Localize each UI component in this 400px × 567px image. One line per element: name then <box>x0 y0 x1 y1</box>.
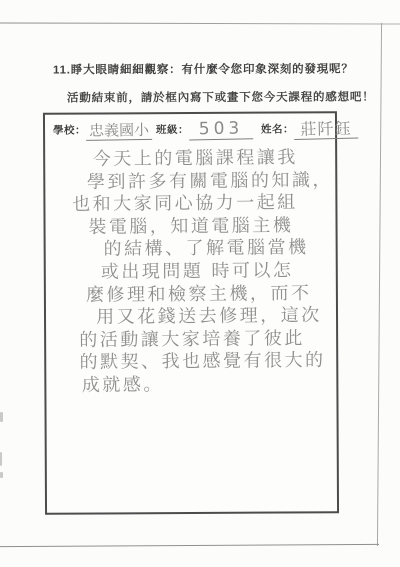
paper-bottom-edge <box>0 544 379 547</box>
essay-line: 的活動讓大家培養了彼此 <box>79 327 336 352</box>
essay-line: 也和大家同心協力一起組 <box>72 192 335 217</box>
class-value: 503 <box>189 120 253 140</box>
essay-line: 用又花錢送去修理，這次 <box>96 305 336 330</box>
essay-line: 的結構、了解電腦當機 <box>103 237 335 262</box>
school-label: 學校： <box>53 122 86 140</box>
name-value: 莊阡鈺 <box>294 121 358 140</box>
class-label: 班級： <box>156 122 189 140</box>
response-box: 學校： 忠義國小 班級： 503 姓名： 莊阡鈺 今天上的電腦課程讓我 學到許多… <box>43 111 339 515</box>
paper-top-edge <box>0 22 400 24</box>
essay-line: 或出現問題 時可以怎 <box>101 260 336 285</box>
essay-line: 成就感。 <box>82 373 337 398</box>
question-text: 11.睜大眼睛細細觀察：有什麼令您印象深刻的發現呢？ <box>53 60 354 77</box>
essay-line: 今天上的電腦課程讓我 <box>93 147 335 172</box>
name-label: 姓名： <box>261 121 294 139</box>
instruction-text: 活動結束前，請於框內寫下或畫下您今天課程的感想吧！ <box>67 88 375 105</box>
essay-line: 學到許多有關電腦的知識， <box>87 169 335 194</box>
essay-line: 裝電腦，知道電腦主機 <box>88 215 335 240</box>
essay-line: 的默契、我也感覺有很大的 <box>79 350 336 375</box>
scanned-page: 11.睜大眼睛細細觀察：有什麼令您印象深刻的發現呢？ 活動結束前，請於框內寫下或… <box>0 0 400 567</box>
student-info-row: 學校： 忠義國小 班級： 503 姓名： 莊阡鈺 <box>45 113 335 140</box>
paper-right-edge <box>377 23 382 546</box>
scan-smudge <box>0 412 3 422</box>
scan-smudge <box>0 472 3 478</box>
scan-smudge <box>0 452 2 466</box>
essay-text: 今天上的電腦課程讓我 學到許多有關電腦的知識， 也和大家同心協力一起組 裝電腦，… <box>45 147 337 398</box>
essay-line: 麼修理和檢察主機，而不 <box>86 282 336 307</box>
school-value: 忠義國小 <box>86 123 152 141</box>
